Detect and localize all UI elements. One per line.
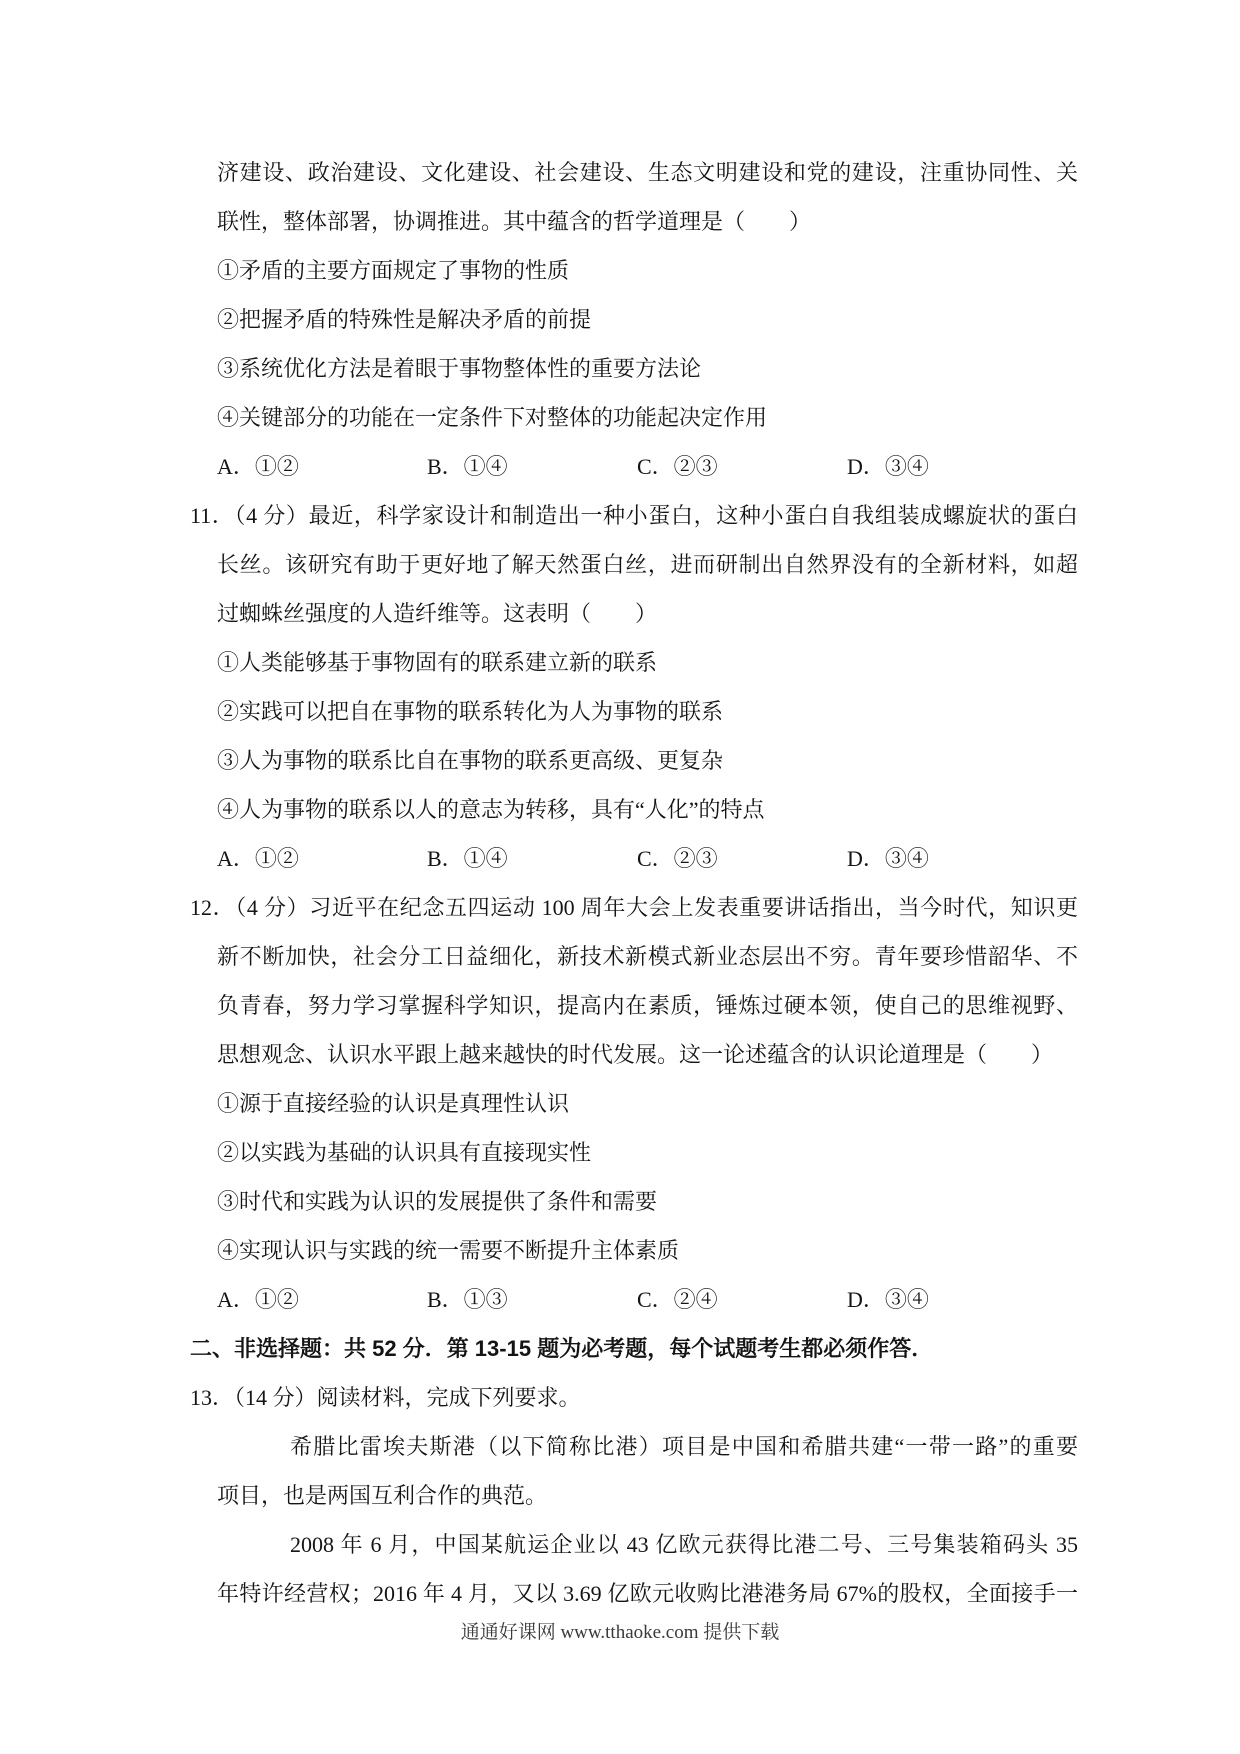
question-10-option-2: ②把握矛盾的特殊性是解决矛盾的前提 bbox=[217, 295, 1078, 344]
question-11-stem-line: 11．（4 分）最近，科学家设计和制造出一种小蛋白，这种小蛋白自我组装成螺旋状的… bbox=[190, 491, 1078, 540]
question-12-stem-line: 思想观念、认识水平跟上越来越快的时代发展。这一论述蕴含的认识论道理是（ ） bbox=[217, 1030, 1078, 1079]
question-10-option-3: ③系统优化方法是着眼于事物整体性的重要方法论 bbox=[217, 344, 1078, 393]
question-12-choice-d: D．③④ bbox=[847, 1275, 929, 1324]
question-12-choice-c: C．②④ bbox=[637, 1275, 847, 1324]
question-12-choice-a: A．①② bbox=[217, 1275, 427, 1324]
question-10-choice-c: C．②③ bbox=[637, 442, 847, 491]
question-11-option-3: ③人为事物的联系比自在事物的联系更高级、更复杂 bbox=[217, 736, 1078, 785]
question-11-stem-line: 长丝。该研究有助于更好地了解天然蛋白丝，进而研制出自然界没有的全新材料，如超 bbox=[217, 540, 1078, 589]
question-10-choice-d: D．③④ bbox=[847, 442, 929, 491]
question-13-intro-line: 13．（14 分）阅读材料，完成下列要求。 bbox=[190, 1373, 1078, 1422]
question-11-choices-row: A．①② B．①④ C．②③ D．③④ bbox=[217, 834, 1078, 883]
question-10-stem-line: 联性，整体部署，协调推进。其中蕴含的哲学道理是（ ） bbox=[217, 197, 1078, 246]
question-11-choice-d: D．③④ bbox=[847, 834, 929, 883]
question-13-material-line: 2008 年 6 月，中国某航运企业以 43 亿欧元获得比港二号、三号集装箱码头… bbox=[217, 1520, 1078, 1569]
question-11-option-4: ④人为事物的联系以人的意志为转移，具有“人化”的特点 bbox=[217, 785, 1078, 834]
question-13-material-line: 年特许经营权；2016 年 4 月，又以 3.69 亿欧元收购比港港务局 67%… bbox=[217, 1569, 1078, 1618]
question-12-stem-line: 12．（4 分）习近平在纪念五四运动 100 周年大会上发表重要讲话指出，当今时… bbox=[190, 883, 1078, 932]
exam-paper-page: 济建设、政治建设、文化建设、社会建设、生态文明建设和党的建设，注重协同性、关 联… bbox=[0, 0, 1240, 1754]
question-10-stem-line: 济建设、政治建设、文化建设、社会建设、生态文明建设和党的建设，注重协同性、关 bbox=[217, 148, 1078, 197]
question-10-choice-b: B．①④ bbox=[427, 442, 637, 491]
question-12-option-1: ①源于直接经验的认识是真理性认识 bbox=[217, 1079, 1078, 1128]
page-footer-watermark: 通通好课网 www.tthaoke.com 提供下载 bbox=[0, 1616, 1240, 1650]
question-10-choice-a: A．①② bbox=[217, 442, 427, 491]
question-12-option-2: ②以实践为基础的认识具有直接现实性 bbox=[217, 1128, 1078, 1177]
question-11-option-1: ①人类能够基于事物固有的联系建立新的联系 bbox=[217, 638, 1078, 687]
question-10-choices-row: A．①② B．①④ C．②③ D．③④ bbox=[217, 442, 1078, 491]
question-13-material-line: 希腊比雷埃夫斯港（以下简称比港）项目是中国和希腊共建“一带一路”的重要 bbox=[217, 1422, 1078, 1471]
question-12-choices-row: A．①② B．①③ C．②④ D．③④ bbox=[217, 1275, 1078, 1324]
question-12-stem-line: 新不断加快，社会分工日益细化，新技术新模式新业态层出不穷。青年要珍惜韶华、不 bbox=[217, 932, 1078, 981]
section-2-header: 二、非选择题：共 52 分．第 13-15 题为必考题，每个试题考生都必须作答． bbox=[190, 1324, 1078, 1373]
question-10-option-1: ①矛盾的主要方面规定了事物的性质 bbox=[217, 246, 1078, 295]
question-13-material-line: 项目，也是两国互利合作的典范。 bbox=[217, 1471, 1078, 1520]
question-12-stem-line: 负青春，努力学习掌握科学知识，提高内在素质，锤炼过硬本领，使自己的思维视野、 bbox=[217, 981, 1078, 1030]
question-11-choice-b: B．①④ bbox=[427, 834, 637, 883]
question-12-option-4: ④实现认识与实践的统一需要不断提升主体素质 bbox=[217, 1226, 1078, 1275]
question-11-stem-line: 过蜘蛛丝强度的人造纤维等。这表明（ ） bbox=[217, 589, 1078, 638]
question-12-option-3: ③时代和实践为认识的发展提供了条件和需要 bbox=[217, 1177, 1078, 1226]
question-12-choice-b: B．①③ bbox=[427, 1275, 637, 1324]
question-11-choice-a: A．①② bbox=[217, 834, 427, 883]
question-11-option-2: ②实践可以把自在事物的联系转化为人为事物的联系 bbox=[217, 687, 1078, 736]
question-11-choice-c: C．②③ bbox=[637, 834, 847, 883]
question-10-option-4: ④关键部分的功能在一定条件下对整体的功能起决定作用 bbox=[217, 393, 1078, 442]
